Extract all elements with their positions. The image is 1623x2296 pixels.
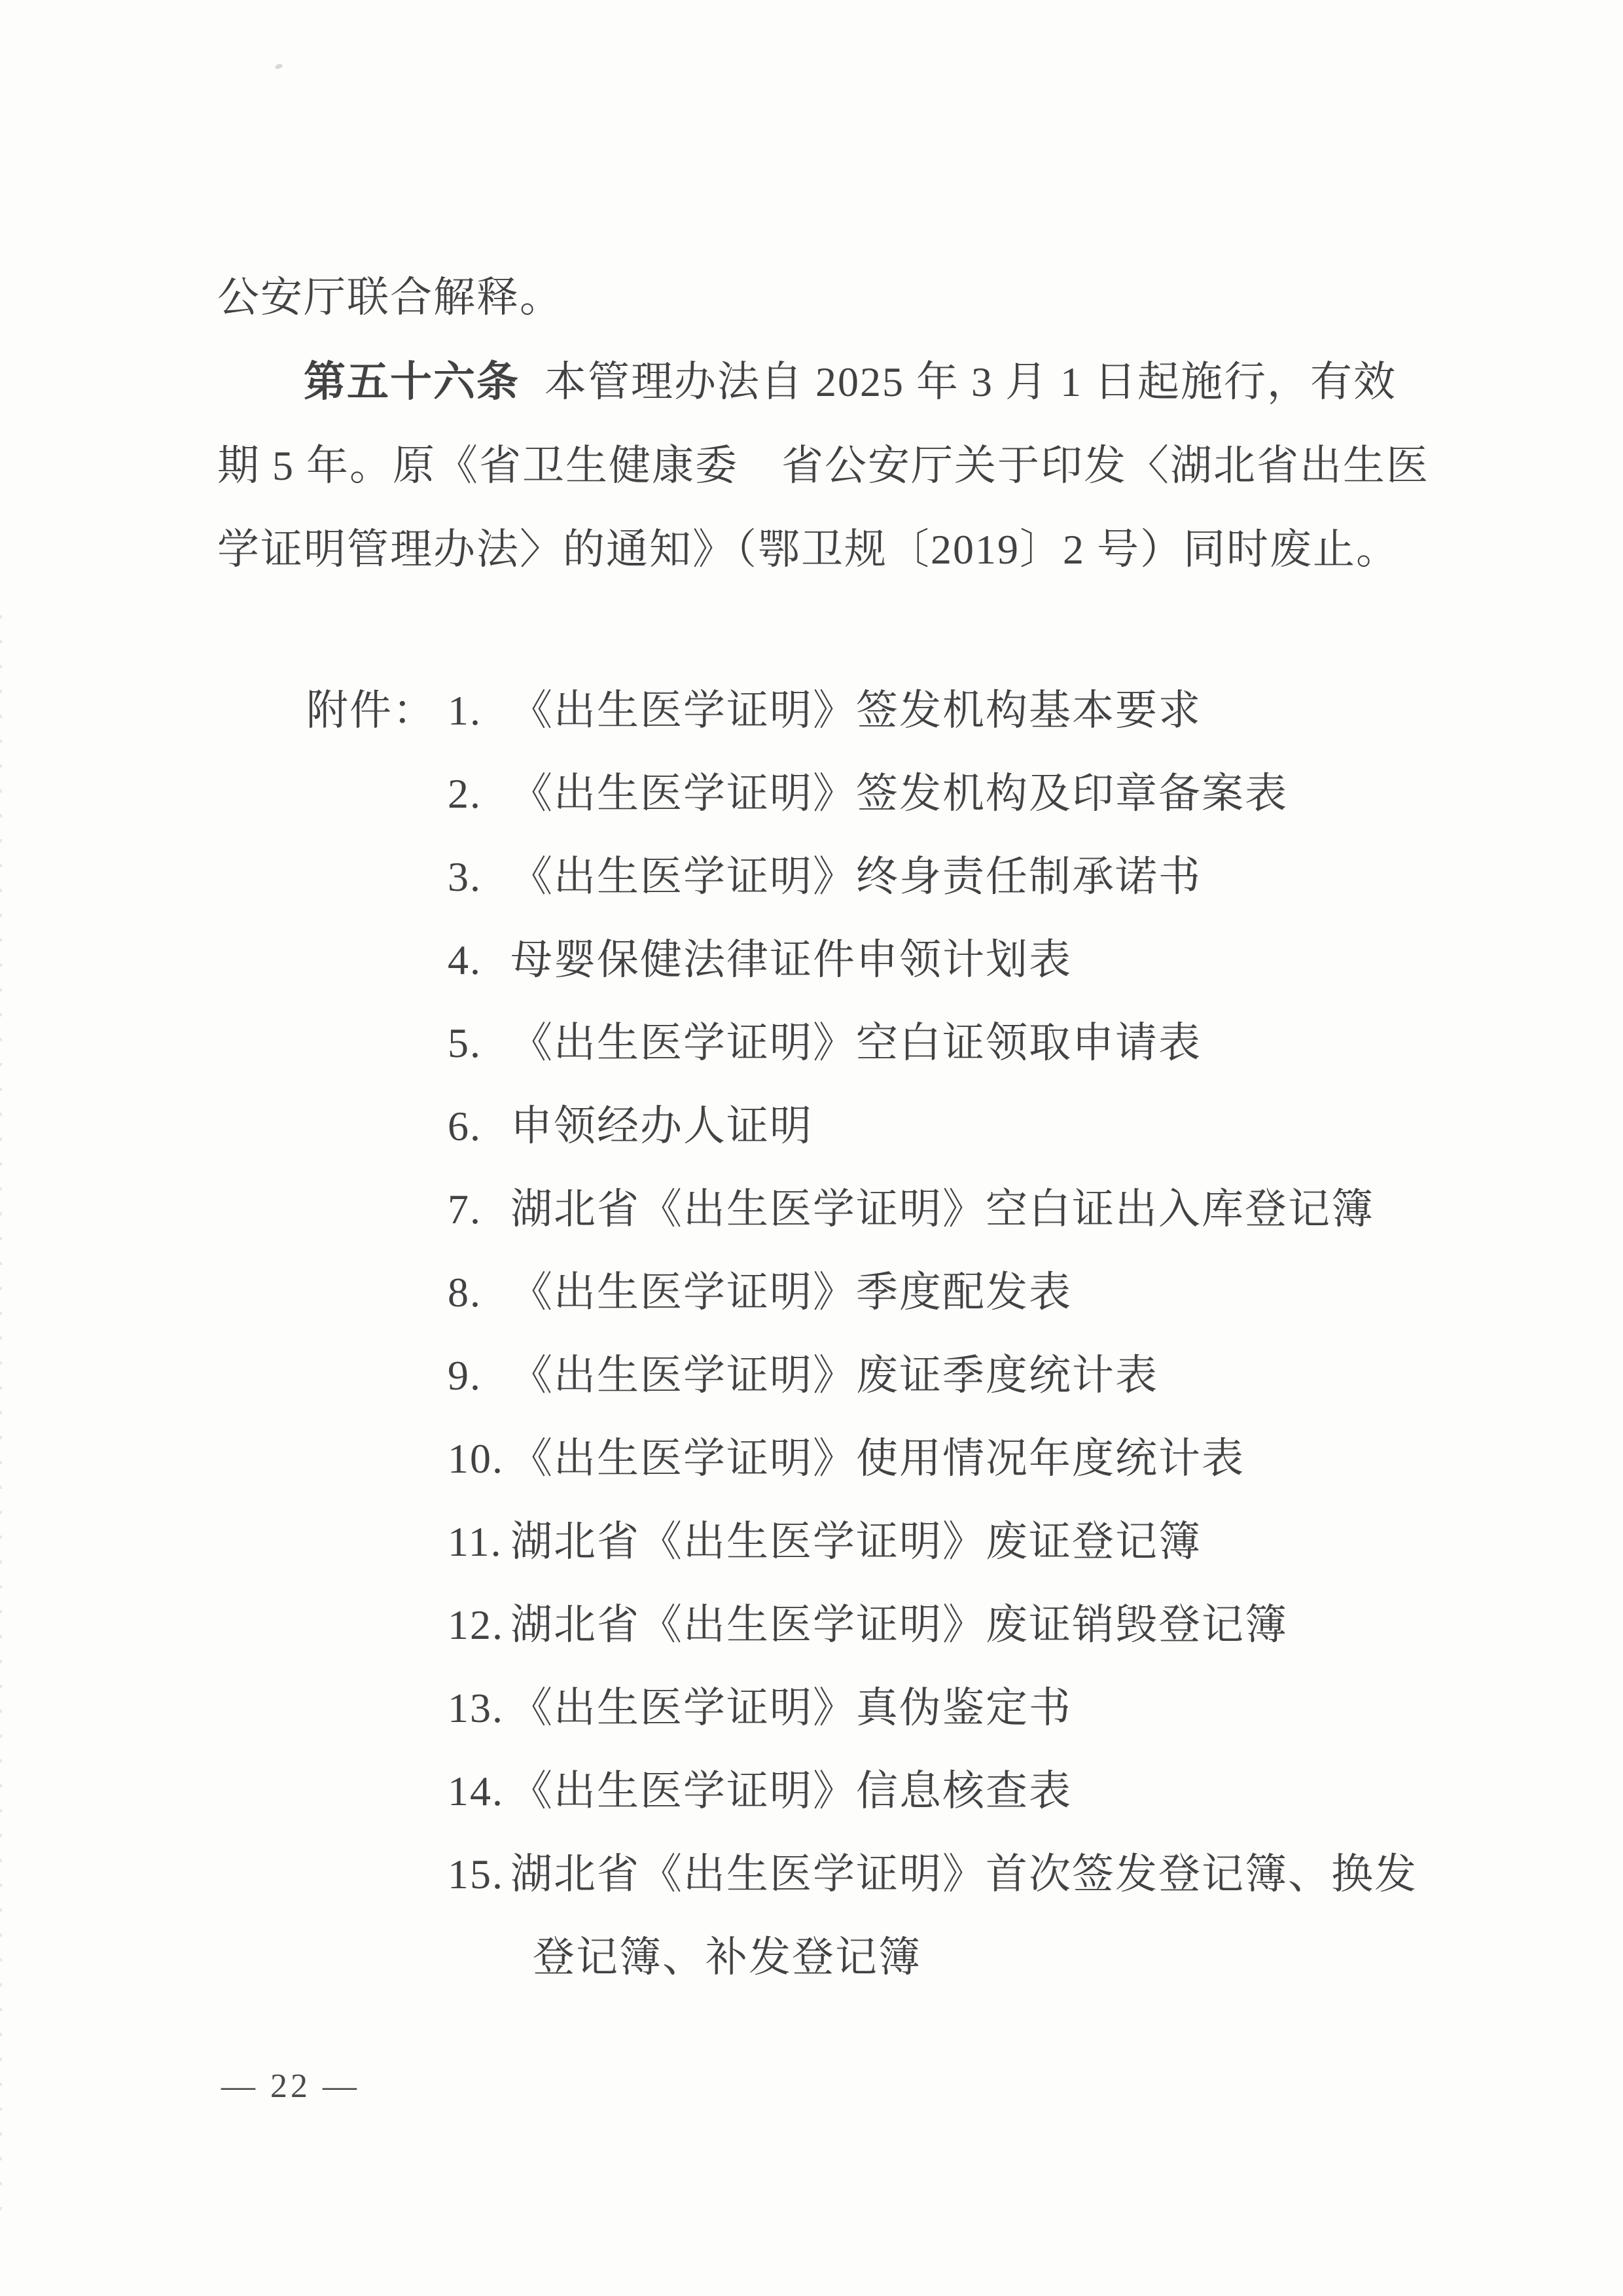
attachment-title-continuation: 登记簿、补发登记簿 xyxy=(510,1916,1418,1999)
attachment-number: 5. xyxy=(448,1001,510,1085)
attachment-title: 《出生医学证明》签发机构基本要求 xyxy=(510,669,1202,752)
scan-speck xyxy=(274,63,283,70)
article-line-3: 学证明管理办法〉的通知》（鄂卫规〔2019〕2 号）同时废止。 xyxy=(217,508,1435,592)
attachment-item-11: 11. 湖北省《出生医学证明》废证登记簿 xyxy=(448,1500,1435,1583)
attachment-title: 《出生医学证明》使用情况年度统计表 xyxy=(510,1417,1245,1500)
attachment-item-8: 8. 《出生医学证明》季度配发表 xyxy=(448,1251,1435,1334)
attachment-number: 13. xyxy=(448,1666,510,1749)
attachments-label: 附件： xyxy=(306,669,436,752)
attachment-title: 《出生医学证明》终身责任制承诺书 xyxy=(510,835,1202,918)
attachment-title: 《出生医学证明》废证季度统计表 xyxy=(510,1334,1158,1417)
scanned-document-page: 公安厅联合解释。 第五十六条本管理办法自 2025 年 3 月 1 日起施行，有… xyxy=(0,0,1623,2296)
attachment-title: 《出生医学证明》空白证领取申请表 xyxy=(510,1001,1202,1085)
attachment-number: 8. xyxy=(448,1251,510,1334)
article-line-1: 第五十六条本管理办法自 2025 年 3 月 1 日起施行，有效 xyxy=(217,340,1435,424)
attachment-item-12: 12. 湖北省《出生医学证明》废证销毁登记簿 xyxy=(448,1583,1435,1666)
attachment-title: 《出生医学证明》真伪鉴定书 xyxy=(510,1666,1072,1749)
attachment-number: 7. xyxy=(448,1168,510,1251)
attachment-number: 2. xyxy=(448,752,510,835)
attachment-item-1: 1. 《出生医学证明》签发机构基本要求 xyxy=(448,669,1435,752)
attachment-number: 4. xyxy=(448,918,510,1001)
attachment-title-wrap: 湖北省《出生医学证明》首次签发登记簿、换发 登记簿、补发登记簿 xyxy=(510,1833,1418,1999)
attachment-title: 湖北省《出生医学证明》首次签发登记簿、换发 xyxy=(510,1851,1418,1897)
document-body: 公安厅联合解释。 第五十六条本管理办法自 2025 年 3 月 1 日起施行，有… xyxy=(217,256,1435,1999)
attachment-item-15: 15. 湖北省《出生医学证明》首次签发登记簿、换发 登记簿、补发登记簿 xyxy=(448,1833,1435,1999)
attachment-title: 湖北省《出生医学证明》空白证出入库登记簿 xyxy=(510,1168,1374,1251)
attachment-title: 《出生医学证明》季度配发表 xyxy=(510,1251,1072,1334)
article-line-1-text: 本管理办法自 2025 年 3 月 1 日起施行，有效 xyxy=(544,359,1397,405)
attachment-title: 《出生医学证明》信息核查表 xyxy=(510,1749,1072,1833)
attachment-number: 9. xyxy=(448,1334,510,1417)
article-line-2: 期 5 年。原《省卫生健康委 省公安厅关于印发〈湖北省出生医 xyxy=(217,424,1435,508)
attachment-number: 1. xyxy=(448,669,510,752)
attachment-item-9: 9. 《出生医学证明》废证季度统计表 xyxy=(448,1334,1435,1417)
attachment-number: 14. xyxy=(448,1749,510,1833)
article-number: 第五十六条 xyxy=(304,358,520,405)
attachment-item-6: 6. 申领经办人证明 xyxy=(448,1085,1435,1168)
attachment-item-2: 2. 《出生医学证明》签发机构及印章备案表 xyxy=(448,752,1435,835)
attachment-number: 11. xyxy=(448,1500,510,1583)
attachment-item-3: 3. 《出生医学证明》终身责任制承诺书 xyxy=(448,835,1435,918)
attachment-item-14: 14. 《出生医学证明》信息核查表 xyxy=(448,1749,1435,1833)
attachment-title: 《出生医学证明》签发机构及印章备案表 xyxy=(510,752,1288,835)
attachment-title: 申领经办人证明 xyxy=(510,1085,813,1168)
page-number: — 22 — xyxy=(221,2067,360,2106)
attachment-number: 12. xyxy=(448,1583,510,1666)
attachment-title: 湖北省《出生医学证明》废证销毁登记簿 xyxy=(510,1583,1288,1666)
attachment-item-4: 4. 母婴保健法律证件申领计划表 xyxy=(448,918,1435,1001)
attachment-item-13: 13. 《出生医学证明》真伪鉴定书 xyxy=(448,1666,1435,1749)
attachment-title: 母婴保健法律证件申领计划表 xyxy=(510,918,1072,1001)
intro-line: 公安厅联合解释。 xyxy=(217,256,1435,340)
attachment-item-5: 5. 《出生医学证明》空白证领取申请表 xyxy=(448,1001,1435,1085)
attachment-item-7: 7. 湖北省《出生医学证明》空白证出入库登记簿 xyxy=(448,1168,1435,1251)
scan-edge-artifact xyxy=(0,615,2,2232)
attachment-number: 10. xyxy=(448,1417,510,1500)
attachment-number: 3. xyxy=(448,835,510,918)
attachment-number: 6. xyxy=(448,1085,510,1168)
attachment-number: 15. xyxy=(448,1833,510,1916)
attachment-title: 湖北省《出生医学证明》废证登记簿 xyxy=(510,1500,1202,1583)
attachment-item-10: 10. 《出生医学证明》使用情况年度统计表 xyxy=(448,1417,1435,1500)
attachments-list: 附件： 1. 《出生医学证明》签发机构基本要求 2. 《出生医学证明》签发机构及… xyxy=(306,669,1435,1999)
